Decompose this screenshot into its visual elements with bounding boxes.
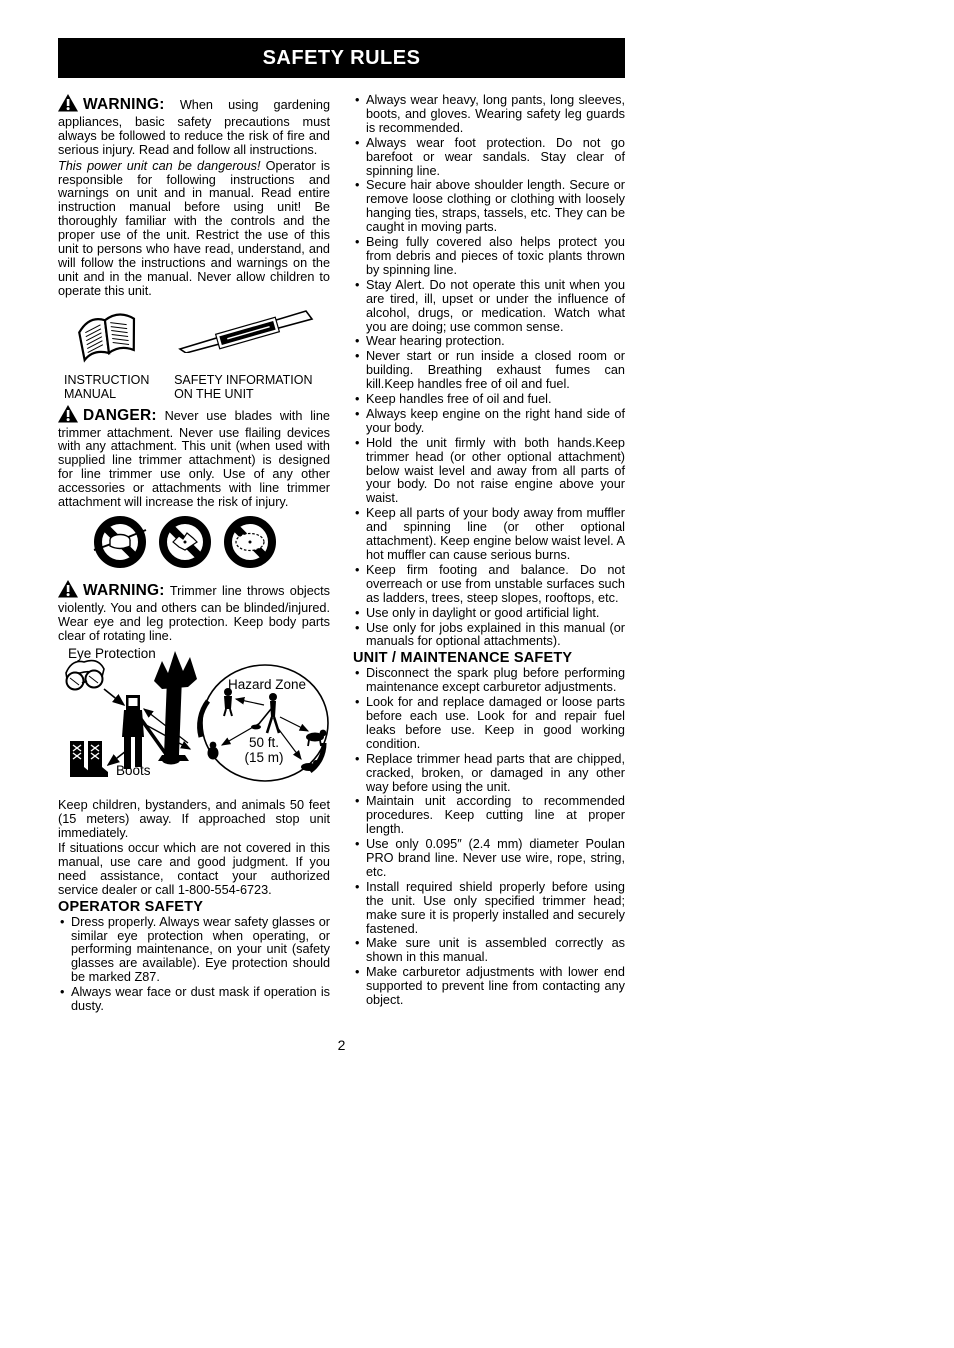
warning-paragraph-1: WARNING: When using gardening appliances…	[58, 94, 330, 158]
list-item: Always wear foot protection. Do not go b…	[353, 137, 625, 179]
page-content: SAFETY RULES WARNING: When using gardeni…	[58, 38, 625, 1053]
list-item: Make sure unit is assembled correctly as…	[353, 937, 625, 965]
list-item: Use only in daylight or good artificial …	[353, 607, 625, 621]
no-saw-disc-icon	[222, 514, 287, 574]
list-item: Keep all parts of your body away from mu…	[353, 507, 625, 563]
eye-protection-label: Eye Protection	[68, 646, 156, 661]
no-blade-icon	[157, 514, 222, 574]
danger-triangle-icon	[58, 405, 78, 427]
operator-safety-list-right: Always wear heavy, long pants, long slee…	[353, 94, 625, 649]
list-item: Always keep engine on the right hand sid…	[353, 408, 625, 436]
prohibited-attachments-icons	[92, 514, 330, 574]
danger-intro-text: Operator is responsible for following in…	[58, 159, 330, 298]
safety-label-on-unit-icon	[174, 307, 330, 357]
list-item: Install required shield properly before …	[353, 881, 625, 937]
list-item: Being fully covered also helps protect y…	[353, 236, 625, 278]
list-item: Always wear face or dust mask if operati…	[58, 986, 330, 1014]
list-item: Keep handles free of oil and fuel.	[353, 393, 625, 407]
hazard-zone-circle: Hazard Zone	[200, 665, 328, 781]
list-item: Never start or run inside a closed room …	[353, 350, 625, 392]
list-item: Stay Alert. Do not operate this unit whe…	[353, 279, 625, 335]
no-flail-spool-icon	[92, 514, 157, 574]
page-title: SAFETY RULES	[58, 38, 625, 78]
keep-children-paragraph: Keep children, bystanders, and animals 5…	[58, 799, 330, 841]
goggles-icon	[66, 661, 104, 690]
animal-figure-left	[208, 742, 219, 760]
danger-intro-paragraph: This power unit can be dangerous! Operat…	[58, 160, 330, 299]
unit-maintenance-safety-list: Disconnect the spark plug before perform…	[353, 667, 625, 1008]
list-item: Disconnect the spark plug before perform…	[353, 667, 625, 695]
list-item: Keep firm footing and balance. Do not ov…	[353, 564, 625, 606]
operator-safety-heading: OPERATOR SAFETY	[58, 901, 330, 915]
distance-label-line2: (15 m)	[244, 750, 283, 765]
warning-paragraph-2: WARNING: Trimmer line throws objects vio…	[58, 580, 330, 644]
manual-page: { "page": { "title": "SAFETY RULES", "pa…	[0, 0, 954, 1348]
list-item: Dress properly. Always wear safety glass…	[58, 916, 330, 986]
left-column: WARNING: When using gardening appliances…	[58, 94, 330, 1015]
warning-label: WARNING:	[83, 96, 165, 113]
list-item: Replace trimmer head parts that are chip…	[353, 753, 625, 795]
list-item: Use only 0.095″ (2.4 mm) diameter Poulan…	[353, 838, 625, 880]
child-figure	[224, 688, 232, 716]
instruction-manual-block: INSTRUCTION MANUAL	[64, 307, 174, 401]
operator-safety-list-left: Dress properly. Always wear safety glass…	[58, 916, 330, 1014]
instruction-manual-label: INSTRUCTION MANUAL	[64, 373, 159, 401]
unit-maintenance-safety-heading: UNIT / MAINTENANCE SAFETY	[353, 652, 625, 666]
list-item: Wear hearing protection.	[353, 335, 625, 349]
hazard-zone-illustration: Eye Protection	[58, 645, 330, 795]
danger-paragraph: DANGER: Never use blades with line trimm…	[58, 405, 330, 510]
list-item: Make carburetor adjustments with lower e…	[353, 966, 625, 1008]
instruction-manual-icon	[64, 307, 174, 369]
danger-label: DANGER:	[83, 407, 157, 424]
list-item: Look for and replace damaged or loose pa…	[353, 696, 625, 752]
boots-label: Boots	[116, 763, 151, 778]
safety-info-unit-label: SAFETY INFORMATION ON THE UNIT	[174, 373, 324, 401]
safety-icons-row: INSTRUCTION MANUAL	[58, 307, 330, 401]
right-column: Always wear heavy, long pants, long slee…	[353, 94, 625, 1015]
distance-label-line1: 50 ft.	[249, 735, 279, 750]
list-item: Use only for jobs explained in this manu…	[353, 622, 625, 650]
warning-label: WARNING:	[83, 582, 165, 599]
boots-icon	[70, 741, 108, 777]
list-item: Hold the unit firmly with both hands.Kee…	[353, 437, 625, 507]
situations-paragraph: If situations occur which are not covere…	[58, 842, 330, 898]
danger-intro-italic: This power unit can be dangerous!	[58, 159, 261, 173]
warning-triangle-icon	[58, 94, 78, 116]
list-item: Always wear heavy, long pants, long slee…	[353, 94, 625, 136]
safety-info-unit-block: SAFETY INFORMATION ON THE UNIT	[174, 307, 330, 401]
list-item: Maintain unit according to recommended p…	[353, 795, 625, 837]
page-number: 2	[58, 1037, 625, 1053]
hazard-zone-label: Hazard Zone	[228, 677, 306, 692]
warning-triangle-icon	[58, 580, 78, 602]
list-item: Secure hair above shoulder length. Secur…	[353, 179, 625, 235]
